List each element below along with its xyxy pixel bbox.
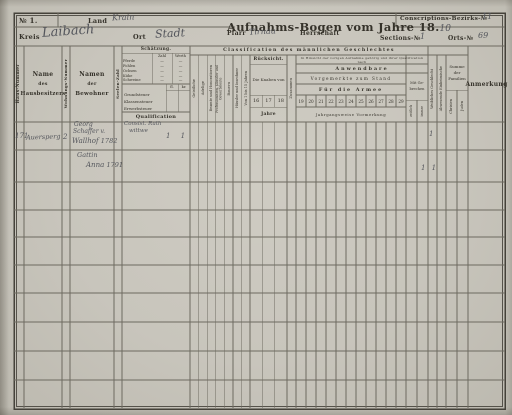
land-value: Krain: [112, 13, 135, 23]
column-bauern: Bauern: [224, 55, 233, 122]
scanned-census-form: № 1. Land Krain Conscriptions-Bezirks-№ …: [0, 0, 512, 415]
entry-qualification-line1: Consist. Rath: [124, 121, 161, 127]
armee-label: Für die Armee: [296, 84, 406, 95]
column-zusammen: Zusammen: [287, 55, 296, 122]
entry-tally-right-row1: 1: [429, 130, 433, 138]
column-hausbesitzer: Name des Hausbesitzers: [24, 46, 62, 122]
column-seelen-zahl: Seelen-Zahl: [114, 46, 122, 122]
pfarr-value: Tirnau: [249, 26, 276, 36]
schaetzung-rows: Pferde — — Fohlen — — Ochsen — — Kühe — …: [123, 59, 189, 83]
page-title-year: 10: [440, 24, 451, 34]
entry-birthyear-2: 1791: [106, 161, 123, 169]
ort-value: Stadt: [155, 26, 186, 41]
column-haus-nummer: Haus-Nummer: [14, 46, 24, 122]
ruecksicht-title: Rücksicht.: [250, 55, 287, 64]
column-knaben: Von 1 bis 15 Jahren: [242, 55, 250, 122]
column-wohnungs-nummer: Wohnungs-Nummer: [62, 46, 70, 122]
ruecksicht-ages: 16 17 18: [250, 95, 287, 107]
ruecksicht-sub: Die Knaben von: [252, 66, 285, 93]
sections-value: 1: [420, 32, 425, 41]
column-haeusler: Häusler und Inwohner: [233, 55, 242, 122]
entry-bewohner-line3: Wallhof 1782: [72, 137, 117, 145]
herrschaft-label: Herrschaft: [300, 30, 339, 37]
steuer-rows: Grundsteuer Klassensteuer Erwerbsteuer: [124, 91, 166, 112]
entry-qualification-line2: wittwe: [129, 128, 148, 134]
steuer-kr: kr.: [178, 85, 190, 89]
anwendbare-header: In Hinsicht der vorigen Aufnahme gehörig…: [296, 55, 428, 64]
schaetzung-col-werth: Werth: [172, 54, 189, 58]
classification-title: Classification des männlichen Geschlecht…: [190, 46, 428, 55]
familien-christen: Christen: [446, 90, 457, 122]
gebrechen-zeitlich: zeitlich: [406, 100, 417, 122]
column-bewohner: Namen der Bewohner: [70, 46, 114, 122]
entry-wohnung: 2: [63, 133, 67, 141]
steuer-row: Klassensteuer: [124, 98, 166, 105]
entry2-tally-right: 1 1: [421, 164, 438, 172]
gebrechen-immer: immer: [417, 100, 428, 122]
schaetzung-title: Schätzung.: [122, 47, 190, 53]
form-number: № 1.: [19, 16, 38, 25]
entry2-bewohner-line2: Anna 1791: [86, 161, 123, 169]
schaetzung-row: Schweine — —: [123, 78, 189, 83]
kreis-label: Kreis: [19, 33, 40, 41]
ruecksicht-unit: Jahre: [250, 107, 287, 122]
entry-birthyear-1: 1782: [101, 137, 118, 145]
entry-hausbesitzer: Auersperg: [26, 132, 61, 141]
orts-label: Orts-№: [448, 35, 473, 42]
ort-label: Ort: [133, 33, 146, 41]
entry-bewohner-line2: Schaffer v.: [73, 128, 105, 135]
schaetzung-col-zahl: Zahl: [152, 54, 172, 58]
column-professionisten: Professionisten, Künstler und Gewerbsleu…: [216, 55, 225, 122]
column-weibliches-geschlecht: Weibliches Geschlecht: [428, 55, 437, 122]
orts-value: 69: [478, 31, 488, 40]
schaetzung-header: Zahl Werth: [123, 54, 189, 58]
column-anmerkung: Anmerkung: [468, 46, 505, 122]
column-geistliche: Geistliche: [190, 55, 199, 122]
conscription-district-value: 11: [482, 12, 492, 21]
steuer-units: fl. kr.: [166, 85, 190, 89]
gebrechen-label: Mit Ge- brechen: [406, 73, 428, 100]
armee-age-columns: 19 20 21 22 23 24 25 26 27 28 29: [296, 95, 406, 107]
column-abwesende: Abwesende Einheimische: [437, 55, 446, 122]
steuer-fl: fl.: [166, 85, 178, 89]
sections-label: Sections-№: [380, 35, 421, 42]
familien-juden: Juden: [457, 90, 468, 122]
jahrgangsweise-label: Jahrgangsweise Vormerkung: [296, 107, 406, 122]
entry2-bewohner-line1: Gattin: [77, 151, 98, 159]
entry-tally-left: 1 1: [166, 132, 189, 140]
steuer-row: Erwerbsteuer: [124, 105, 166, 112]
column-adelige: Adelige: [199, 55, 208, 122]
vorgemerkte-label: Vorgemerkte zum Stand: [296, 73, 406, 84]
entry-bewohner-line1: Georg: [74, 121, 93, 128]
pfarr-label: Pfarr: [227, 30, 246, 37]
steuer-row: Grundsteuer: [124, 91, 166, 98]
anwendbare-title: Anwendbare: [296, 64, 428, 73]
schaetzung-header-spacer: [123, 54, 152, 58]
